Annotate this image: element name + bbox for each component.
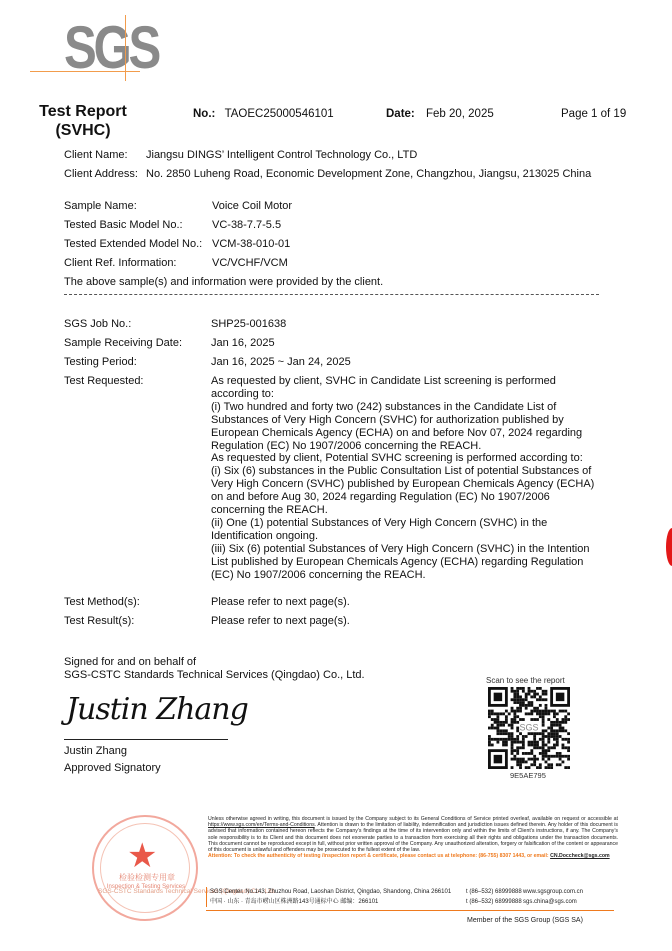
client-address-label: Client Address:: [64, 168, 138, 181]
report-number-label: No.:: [193, 108, 215, 120]
signature-line: [64, 739, 228, 740]
qr-caption: Scan to see the report: [486, 676, 565, 685]
requested-line: (i) Two hundred and forty two (242) subs…: [211, 401, 611, 414]
sample-name-value: Voice Coil Motor: [212, 200, 292, 213]
basic-model-value: VC-38-7.7-5.5: [212, 219, 281, 232]
test-method-value: Please refer to next page(s).: [211, 596, 350, 609]
signatory-role: Approved Signatory: [64, 762, 161, 775]
requested-line: European Chemicals Agency (ECHA) on and …: [211, 427, 611, 440]
signatory-name: Justin Zhang: [64, 745, 127, 758]
client-name-value: Jiangsu DINGS’ Intelligent Control Techn…: [146, 149, 417, 162]
footer-rule: [206, 910, 614, 911]
receiving-date-label: Sample Receiving Date:: [64, 337, 182, 350]
signed-on-behalf: Signed for and on behalf of: [64, 656, 196, 669]
phone-2: t (86–532) 68999888: [466, 897, 522, 907]
extended-model-value: VCM-38-010-01: [212, 238, 290, 251]
requested-line: (EC) No 1907/2006 concerning the REACH.: [211, 569, 611, 582]
stamp-cn-text: 检验检测专用章: [114, 872, 180, 883]
requested-line: (i) Six (6) substances in the Public Con…: [211, 465, 611, 478]
disclaimer-text: Unless otherwise agreed in writing, this…: [208, 816, 618, 822]
page-number: Page 1 of 19: [561, 108, 626, 120]
extended-model-label: Tested Extended Model No.:: [64, 238, 202, 251]
phone-numbers: t (86–532) 68999888 t (86–532) 68999888: [466, 887, 522, 907]
doccheck-email-link[interactable]: CN.Doccheck@sgs.com: [550, 853, 610, 859]
receiving-date-value: Jan 16, 2025: [211, 337, 275, 350]
report-date-value: Feb 20, 2025: [426, 108, 494, 120]
report-title-line2: (SVHC): [38, 121, 128, 140]
job-no-value: SHP25-001638: [211, 318, 286, 331]
web-contacts: www.sgsgroup.com.cn sgs.china@sgs.com: [523, 887, 583, 907]
office-address: SGS Center, No.143, Zhuzhou Road, Laosha…: [206, 887, 451, 907]
signing-company: SGS-CSTC Standards Technical Services (Q…: [64, 669, 365, 682]
test-requested-label: Test Requested:: [64, 375, 144, 388]
member-note: Member of the SGS Group (SGS SA): [467, 917, 583, 924]
sample-provided-note: The above sample(s) and information were…: [64, 276, 383, 289]
qr-verification-code: 9E5AE795: [510, 771, 546, 780]
company-stamp: ★ 检验检测专用章 Inspection & Testing Services: [92, 815, 198, 921]
sgs-logo: SGS: [64, 22, 146, 74]
report-date: Date: Feb 20, 2025: [386, 108, 494, 120]
report-number-value: TAOEC25000546101: [225, 108, 334, 120]
website-link[interactable]: www.sgsgroup.com.cn: [523, 887, 583, 897]
phone-1: t (86–532) 68999888: [466, 887, 522, 897]
report-title: Test Report (SVHC): [38, 102, 128, 140]
job-no-label: SGS Job No.:: [64, 318, 131, 331]
email-link[interactable]: sgs.china@sgs.com: [523, 897, 583, 907]
address-en: SGS Center, No.143, Zhuzhou Road, Laosha…: [210, 887, 451, 897]
requested-line: Substances of Very High Concern (SVHC) f…: [211, 414, 611, 427]
report-title-line1: Test Report: [38, 102, 128, 121]
requested-line: according to:: [211, 388, 611, 401]
requested-line: (iii) Six (6) potential Substances of Ve…: [211, 543, 611, 556]
svg-text:SGS: SGS: [519, 722, 538, 732]
handwritten-signature: Justin Zhang: [66, 692, 248, 727]
client-address-value: No. 2850 Luheng Road, Economic Developme…: [146, 168, 591, 181]
sample-name-label: Sample Name:: [64, 200, 137, 213]
client-ref-value: VC/VCHF/VCM: [212, 257, 288, 270]
requested-line: Very High Concern (SVHC) published by Eu…: [211, 478, 611, 491]
report-number: No.: TAOEC25000546101: [193, 108, 334, 120]
requested-line: List published by European Chemicals Age…: [211, 556, 611, 569]
requested-line: (ii) One (1) potential Substances of Ver…: [211, 517, 611, 530]
report-date-label: Date:: [386, 108, 415, 120]
testing-period-label: Testing Period:: [64, 356, 137, 369]
requested-line: on and before Aug 30, 2024 regarding Reg…: [211, 491, 611, 504]
address-cn: 中国 · 山东 · 青岛市崂山区株洲路143号通标中心 邮编：266101: [210, 897, 451, 907]
terms-link[interactable]: https://www.sgs.com/en/Terms-and-Conditi…: [208, 822, 315, 828]
testing-period-value: Jan 16, 2025 ~ Jan 24, 2025: [211, 356, 351, 369]
logo-horizontal-rule: [30, 71, 140, 72]
logo-vertical-rule: [125, 15, 126, 81]
dashed-divider: [64, 294, 599, 296]
star-icon: ★: [127, 839, 157, 873]
basic-model-label: Tested Basic Model No.:: [64, 219, 183, 232]
legal-disclaimer: Unless otherwise agreed in writing, this…: [208, 816, 618, 859]
requested-line: concerning the REACH.: [211, 504, 611, 517]
requested-line: As requested by client, Potential SVHC s…: [211, 452, 611, 465]
authenticity-notice: Attention: To check the authenticity of …: [208, 853, 618, 859]
requested-line: Regulation (EC) No 1907/2006 concerning …: [211, 440, 611, 453]
red-seal-edge: [666, 528, 672, 566]
requested-line: Identification ongoing.: [211, 530, 611, 543]
qr-code-icon[interactable]: SGS: [487, 687, 571, 769]
test-requested-text: As requested by client, SVHC in Candidat…: [211, 375, 611, 582]
test-method-label: Test Method(s):: [64, 596, 140, 609]
client-ref-label: Client Ref. Information:: [64, 257, 177, 270]
attention-text: Attention: To check the authenticity of …: [208, 853, 550, 859]
test-result-label: Test Result(s):: [64, 615, 134, 628]
requested-line: As requested by client, SVHC in Candidat…: [211, 375, 611, 388]
test-result-value: Please refer to next page(s).: [211, 615, 350, 628]
client-name-label: Client Name:: [64, 149, 128, 162]
